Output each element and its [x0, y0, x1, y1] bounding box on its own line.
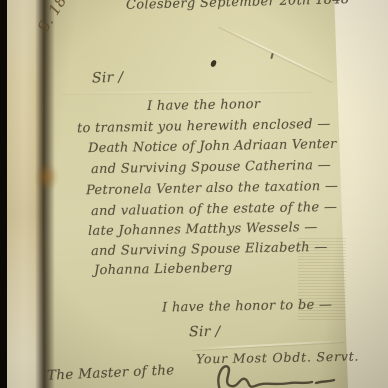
book-edge-shadow	[0, 0, 7, 388]
signature-flourish-icon	[212, 360, 344, 388]
closing-line: I have the honor to be —	[162, 298, 333, 316]
body-line: Johanna Liebenberg	[94, 261, 233, 278]
photo-frame: S. 18 Colesberg September 20th 1848 Sir …	[0, 0, 388, 388]
book-gutter-shadow	[35, 0, 55, 388]
body-line: I have the honor	[147, 97, 261, 114]
ink-stain	[35, 163, 59, 191]
salutation: Sir /	[92, 69, 124, 86]
closing-salutation: Sir /	[189, 324, 221, 341]
